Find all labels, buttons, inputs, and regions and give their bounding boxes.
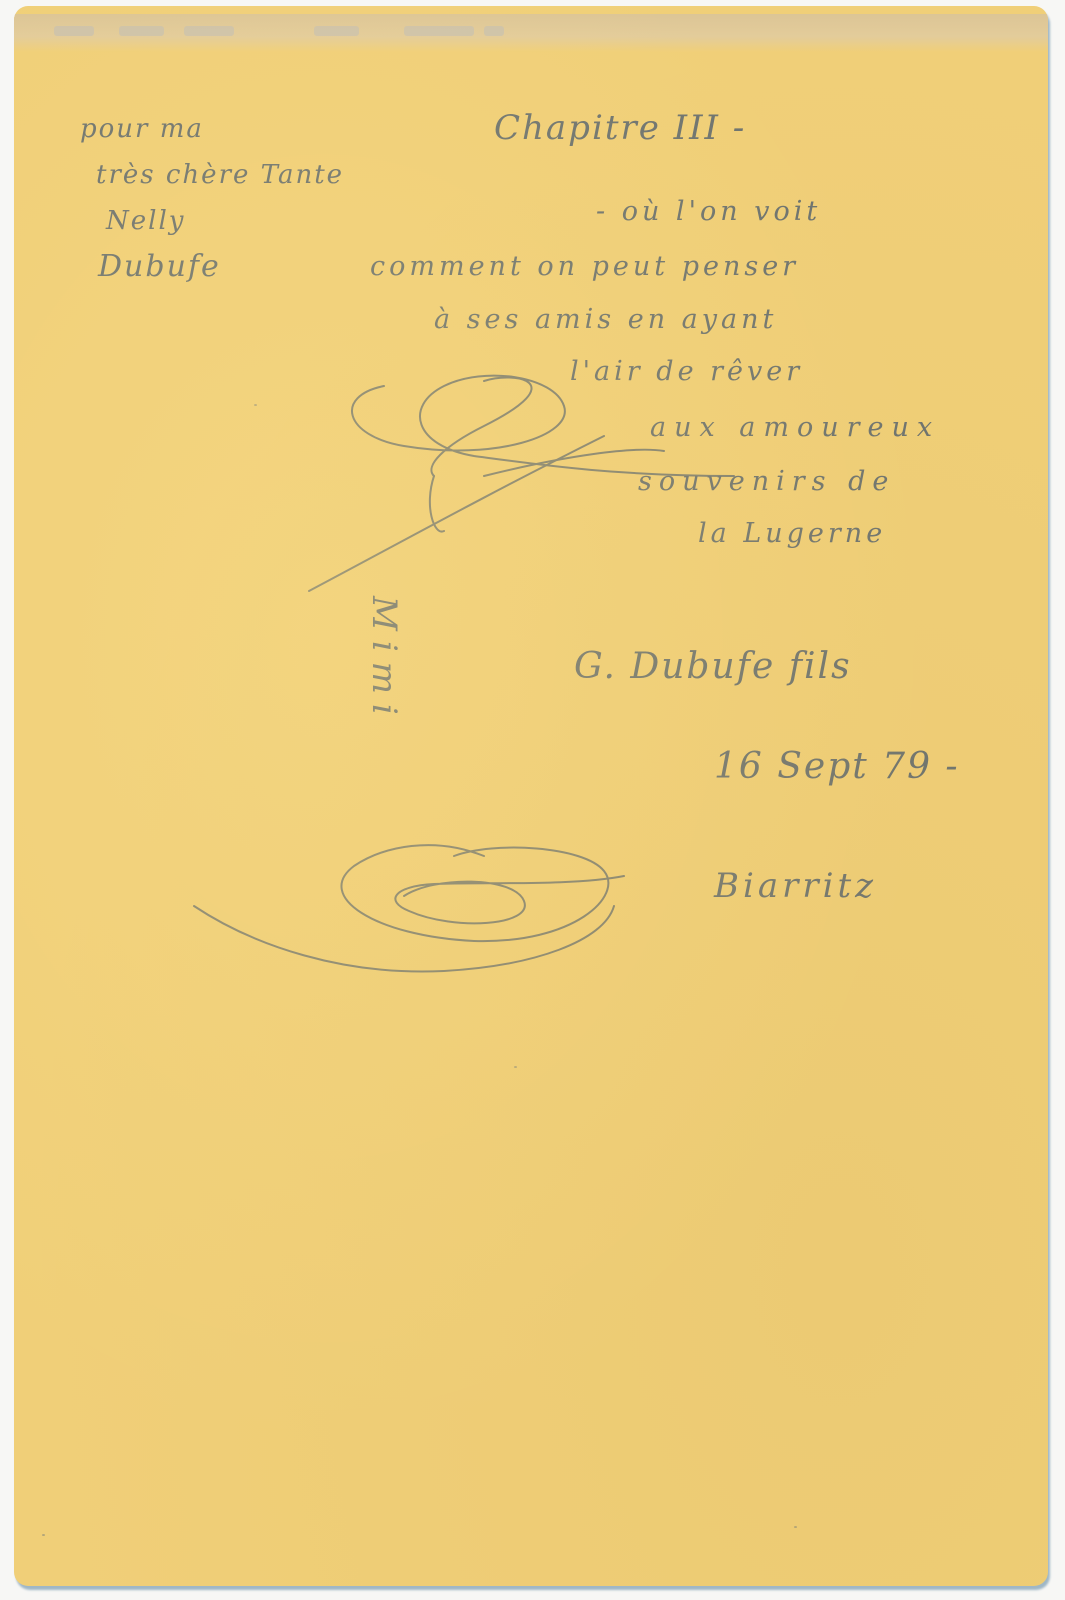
inscription-place: Biarritz — [714, 866, 877, 906]
chapter-line: la Lugerne — [698, 518, 886, 549]
paper-speck — [254, 404, 257, 406]
adhesive-residue-strip — [14, 14, 1048, 52]
chapter-line: l'air de rêver — [570, 356, 803, 387]
chapter-line: comment on peut penser — [370, 251, 799, 282]
paper-speck — [42, 1534, 45, 1536]
paper-speck — [514, 1066, 517, 1068]
chapter-line: - où l'on voit — [596, 196, 821, 227]
chapter-line: aux amoureux — [650, 412, 940, 443]
inscription-date: 16 Sept 79 - — [714, 746, 960, 787]
artist-signature: G. Dubufe fils — [574, 646, 852, 687]
vertical-signature: Mimi — [364, 596, 404, 725]
dedication-line: Dubufe — [98, 244, 344, 290]
dedication-line: pour ma — [80, 106, 344, 152]
chapter-title: Chapitre III - — [494, 108, 746, 148]
paper-speck — [794, 1526, 797, 1528]
cabinet-card: pour ma très chère Tante Nelly Dubufe Ch… — [14, 6, 1048, 1586]
chapter-line: souvenirs de — [638, 466, 895, 497]
dedication-line: Nelly — [106, 198, 344, 244]
dedication-line: très chère Tante — [96, 152, 344, 198]
chapter-line: à ses amis en ayant — [434, 304, 777, 335]
dedication-note: pour ma très chère Tante Nelly Dubufe — [80, 106, 344, 290]
